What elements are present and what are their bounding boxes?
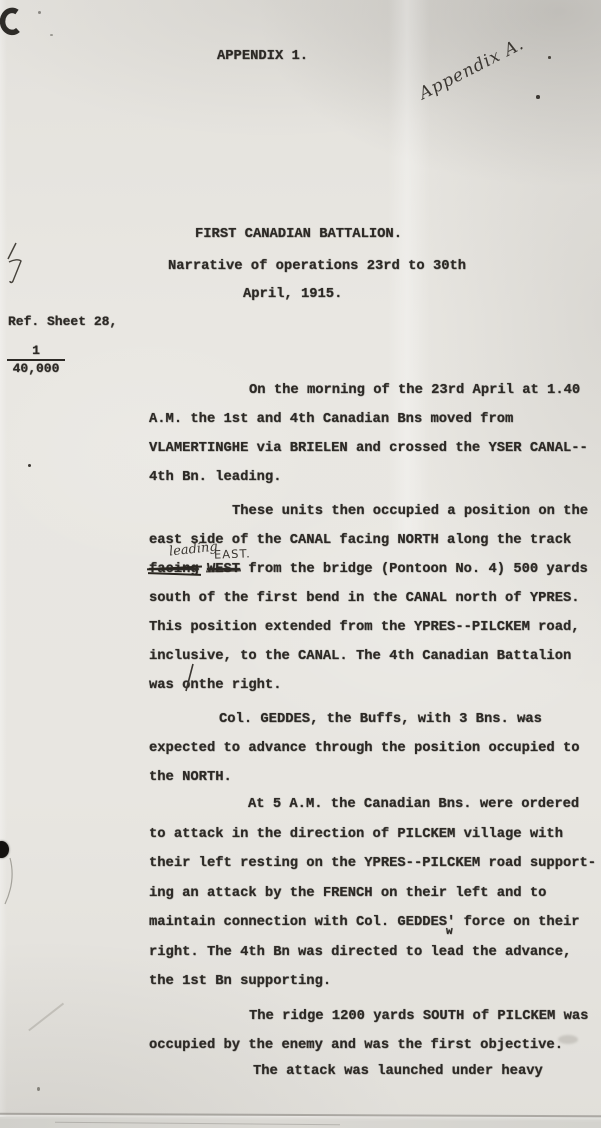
hole-punch-mark — [0, 5, 24, 37]
typed-subscript-w: w — [446, 924, 453, 941]
handwritten-appendix-note: Appendix A. — [416, 34, 528, 104]
body-line: 4th Bn. leading. — [149, 463, 601, 492]
smudge-mark — [558, 1035, 578, 1044]
scratch-mark — [28, 1003, 64, 1031]
paragraph-6: The attack was launched under heavy — [149, 1057, 601, 1086]
handwritten-correction-east: EAST. — [214, 546, 251, 561]
body-line: On the morning of the 23rd April at 1.40 — [149, 376, 601, 405]
scale-numerator: 1 — [7, 343, 65, 361]
body-line: At 5 A.M. the Canadian Bns. were ordered — [149, 790, 601, 820]
ink-dot — [50, 34, 53, 36]
body-line: VLAMERTINGHE via BRIELEN and crossed the… — [149, 434, 601, 463]
body-line: the NORTH. — [149, 763, 601, 792]
ref-sheet-note: Ref. Sheet 28, — [8, 313, 117, 330]
body-line: right. The 4th Bn was directed to lead t… — [149, 938, 601, 968]
body-line: occupied by the enemy and was the first … — [149, 1031, 601, 1060]
ink-dot — [536, 95, 540, 99]
ink-dot — [37, 1087, 40, 1091]
ink-dot — [38, 11, 41, 14]
document-title-line-1: FIRST CANADIAN BATTALION. — [195, 226, 402, 243]
ink-dot — [28, 464, 31, 467]
body-line: These units then occupied a position on … — [149, 497, 601, 526]
paragraph-3: Col. GEDDES, the Buffs, with 3 Bns. was … — [149, 705, 601, 792]
strikethrough-word-west: WEST — [207, 562, 240, 577]
body-line: This position extended from the YPRES--P… — [149, 613, 601, 642]
body-line: their left resting on the YPRES--PILCKEM… — [149, 849, 601, 879]
strikethrough-word-facing: facing — [149, 562, 199, 577]
paragraph-2: These units then occupied a position on … — [149, 497, 601, 700]
body-line: ing an attack by the FRENCH on their lef… — [149, 879, 601, 909]
body-line-rest: from the bridge (Pontoon No. 4) 500 yard… — [248, 562, 587, 577]
body-line: was onthe right. — [149, 671, 601, 700]
body-line: A.M. the 1st and 4th Canadian Bns moved … — [149, 405, 601, 434]
body-line: The attack was launched under heavy — [149, 1057, 601, 1086]
faint-pen-curve — [0, 856, 22, 908]
body-line: expected to advance through the position… — [149, 734, 601, 763]
body-line: inclusive, to the CANAL. The 4th Canadia… — [149, 642, 601, 671]
body-line: to attack in the direction of PILCKEM vi… — [149, 820, 601, 850]
paragraph-5: The ridge 1200 yards SOUTH of PILCKEM wa… — [149, 1002, 601, 1060]
map-scale-fraction: 1 40,000 — [7, 343, 65, 376]
document-title-line-3: April, 1915. — [243, 286, 342, 303]
body-line: south of the first bend in the CANAL nor… — [149, 584, 601, 613]
scale-denominator: 40,000 — [7, 361, 65, 376]
document-title-line-2: Narrative of operations 23rd to 30th — [168, 258, 466, 275]
insertion-mark — [181, 661, 197, 695]
handwritten-margin-mark — [2, 240, 30, 284]
body-line: The ridge 1200 yards SOUTH of PILCKEM wa… — [149, 1002, 601, 1031]
paragraph-4: At 5 A.M. the Canadian Bns. were ordered… — [149, 790, 601, 997]
document-page: APPENDIX 1. Appendix A. FIRST CANADIAN B… — [0, 0, 601, 1128]
body-line: Col. GEDDES, the Buffs, with 3 Bns. was — [149, 705, 601, 734]
paragraph-1: On the morning of the 23rd April at 1.40… — [149, 376, 601, 492]
body-line: the 1st Bn supporting. — [149, 967, 601, 997]
ink-dot — [524, 717, 527, 720]
appendix-heading: APPENDIX 1. — [217, 48, 308, 65]
ink-dot — [548, 56, 551, 59]
body-line: maintain connection with Col. GEDDES' fo… — [149, 908, 601, 938]
